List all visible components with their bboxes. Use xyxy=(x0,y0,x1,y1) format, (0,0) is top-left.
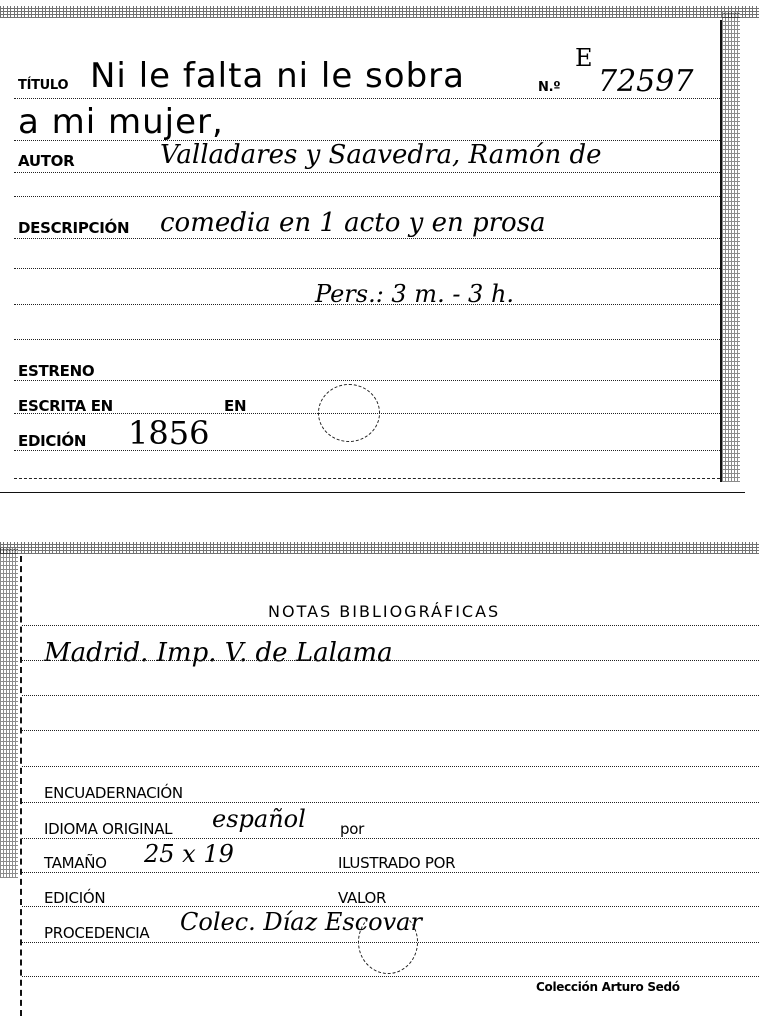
rule xyxy=(22,660,759,661)
rule xyxy=(14,268,720,269)
catalog-card-back: NOTAS BIBLIOGRÁFICAS Madrid. Imp. V. de … xyxy=(0,540,759,1028)
catalog-card-front: TÍTULO Ni le falta ni le sobra N.º E 725… xyxy=(0,0,759,495)
rule xyxy=(14,450,720,451)
descripcion-label: DESCRIPCIÓN xyxy=(18,219,129,237)
rule xyxy=(22,976,759,977)
rule xyxy=(22,695,759,696)
descripcion-value: comedia en 1 acto y en prosa xyxy=(160,208,546,238)
tamano-label: TAMAÑO xyxy=(44,854,107,872)
titulo-value: Ni le falta ni le sobra xyxy=(90,56,465,96)
card-separator xyxy=(0,492,745,493)
edicion-label: EDICIÓN xyxy=(18,432,86,450)
edicion-label: EDICIÓN xyxy=(44,889,105,907)
numero-value: 72597 xyxy=(598,64,693,99)
estreno-label: ESTRENO xyxy=(18,362,94,380)
notas-line-1: Madrid. Imp. V. de Lalama xyxy=(44,638,393,668)
titulo-label: TÍTULO xyxy=(18,78,68,93)
valor-label: VALOR xyxy=(338,889,386,907)
rule xyxy=(14,380,720,381)
numero-label: N.º xyxy=(538,80,560,95)
procedencia-label: PROCEDENCIA xyxy=(44,924,149,942)
numero-prefix: E xyxy=(575,44,593,72)
idioma-original-value: español xyxy=(212,805,306,833)
rule xyxy=(14,339,720,340)
rule xyxy=(22,766,759,767)
rule xyxy=(22,730,759,731)
tamano-value: 25 x 19 xyxy=(144,840,234,868)
rule xyxy=(22,625,759,626)
rule xyxy=(22,942,759,943)
rule xyxy=(14,304,720,305)
edicion-value: 1856 xyxy=(128,414,209,452)
rule xyxy=(22,802,759,803)
rule xyxy=(22,838,759,839)
rule xyxy=(14,413,720,414)
autor-label: AUTOR xyxy=(18,152,74,170)
autor-value: Valladares y Saavedra, Ramón de xyxy=(160,140,602,170)
notas-heading: NOTAS BIBLIOGRÁFICAS xyxy=(268,602,500,621)
rule xyxy=(14,196,720,197)
idioma-original-label: IDIOMA ORIGINAL xyxy=(44,820,172,838)
ilustrado-por-label: ILUSTRADO POR xyxy=(338,854,455,872)
titulo-value-line2: a mi mujer, xyxy=(18,102,224,142)
encuadernacion-label: ENCUADERNACIÓN xyxy=(44,784,183,802)
rule xyxy=(22,872,759,873)
rule xyxy=(22,906,759,907)
rule xyxy=(14,478,720,479)
idioma-por-label: por xyxy=(340,820,364,838)
rule xyxy=(14,238,720,239)
collection-footer: Colección Arturo Sedó xyxy=(536,980,680,994)
rule xyxy=(14,98,720,99)
rule xyxy=(14,172,720,173)
